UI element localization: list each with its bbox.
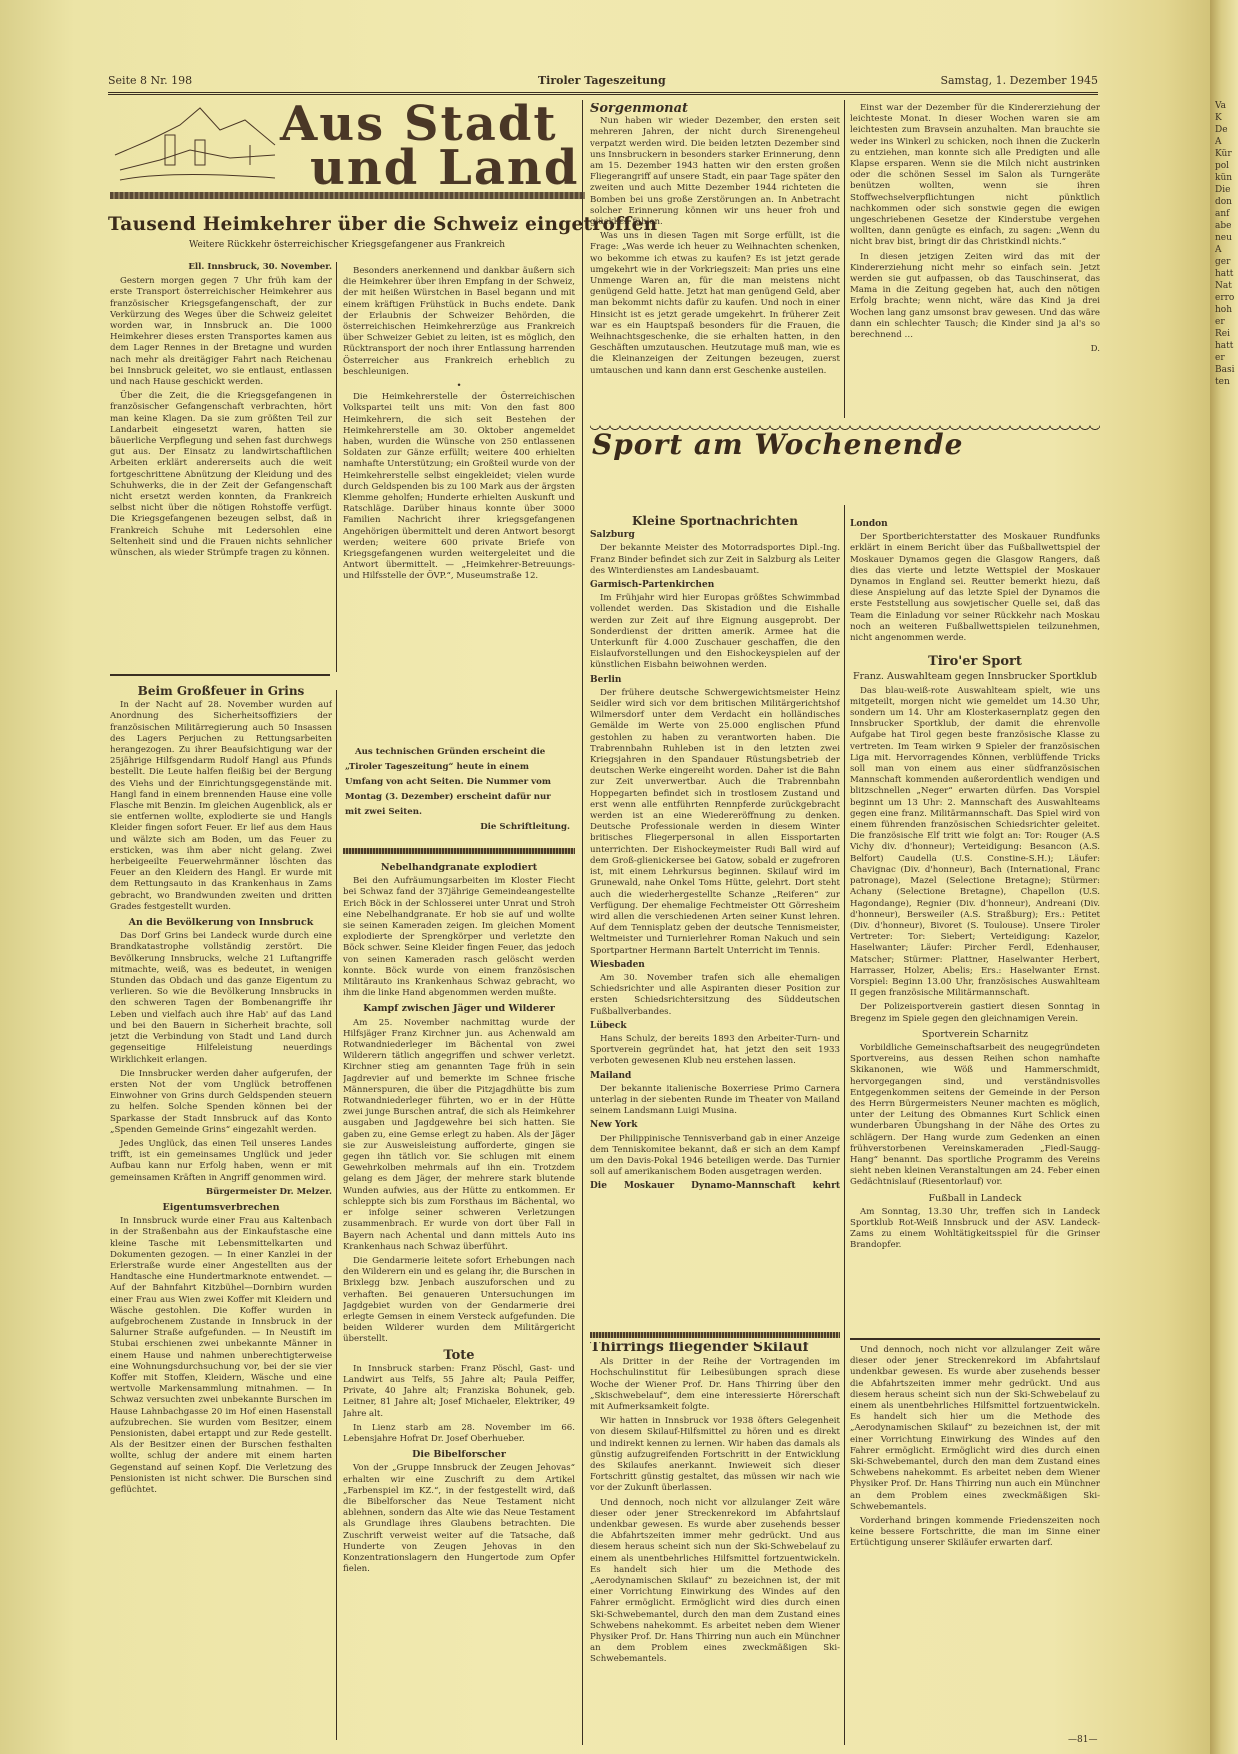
sport-news-col2: London Der Sportberichterstatter des Mos… — [850, 516, 1100, 1336]
property-crime-headline: Eigentumsverbrechen — [110, 1202, 332, 1213]
poacher-paragraph: Die Gendarmerie leitete sofort Erhebunge… — [343, 1256, 575, 1346]
strip-line: Va — [1215, 100, 1238, 112]
thirring-paragraph: Und dennoch, noch nicht vor allzulanger … — [850, 1345, 1100, 1513]
sport-item-text: Im Frühjahr wird hier Europas größtes Sc… — [590, 593, 840, 671]
grenade-headline: Nebelhandgranate explodiert — [343, 862, 575, 873]
article-rule — [110, 674, 330, 676]
sport-item-text: Am 30. November trafen sich alle ehemali… — [590, 973, 840, 1018]
mountain-town-illustration-icon — [110, 100, 280, 190]
strip-line: Kür — [1215, 148, 1238, 160]
sorgenmonat-signature: D. — [850, 344, 1100, 355]
notice-rule — [343, 848, 575, 854]
strip-line: abe — [1215, 220, 1238, 232]
strip-line: ten — [1215, 376, 1238, 388]
sorgenmonat-col2: Einst war der Dezember für die Kindererz… — [850, 103, 1100, 423]
sorgenmonat-paragraph: Nun haben wir wieder Dezember, den erste… — [590, 116, 840, 228]
tirol-item-place: Franz. Auswahlteam gegen Innsbrucker Spo… — [850, 671, 1100, 682]
header-rule — [108, 92, 1098, 95]
bible-paragraph: Von der „Gruppe Innsbruck der Zeugen Jeh… — [343, 1463, 575, 1575]
strip-line: hoh — [1215, 304, 1238, 316]
strip-line: Nat — [1215, 280, 1238, 292]
sport-item-place: Garmisch-Partenkirchen — [590, 580, 840, 591]
sport-item-text: Der Sportberichterstatter des Moskauer R… — [850, 532, 1100, 644]
adjacent-page-strip: VaKDeAKürpolkünDiedonanfabeneuAgerhattNa… — [1215, 100, 1238, 388]
lead-subheadline: Weitere Rückkehr österreichischer Kriegs… — [108, 240, 586, 250]
thirring-rule — [590, 1332, 840, 1338]
sport-item-text: Der bekannte italienische Boxerriese Pri… — [590, 1084, 840, 1118]
page-number: Seite 8 Nr. 198 — [108, 74, 192, 87]
strip-line: neu — [1215, 232, 1238, 244]
notice-signature: Die Schriftleitung. — [345, 820, 570, 835]
technical-notice: Aus technischen Gründen erscheint die „T… — [345, 745, 570, 835]
column-rule — [582, 100, 583, 1745]
column-rule — [336, 262, 337, 672]
sport-item-place: Wiesbaden — [590, 960, 840, 971]
fire-paragraph: In der Nacht auf 28. November wurden auf… — [110, 700, 332, 913]
fire-headline: Beim Großfeuer in Grins — [110, 686, 332, 697]
sport-item-place: Berlin — [590, 675, 840, 686]
sport-news-col1: Kleine Sportnachrichten Salzburg Der bek… — [590, 512, 840, 1192]
lead-paragraph: Besonders anerkennend und dankbar äußern… — [343, 266, 575, 378]
thirring-col1: Thirrings fliegender Skilauf Als Dritter… — [590, 1342, 840, 1742]
sorgenmonat-col1: Sorgenmonat Nun haben wir wieder Dezembe… — [590, 103, 840, 423]
tirol-item-text: Am Sonntag, 13.30 Uhr, treffen sich in L… — [850, 1207, 1100, 1252]
section-masthead: Aus Stadt und Land — [110, 100, 585, 190]
strip-line: Rei — [1215, 328, 1238, 340]
thirring-headline: Thirrings fliegender Skilauf — [590, 1342, 840, 1353]
article-rule — [850, 1338, 1100, 1340]
adjacent-page-text: VaKDeAKürpolkünDiedonanfabeneuAgerhattNa… — [1215, 100, 1238, 388]
strip-line: er — [1215, 316, 1238, 328]
tirol-item-text: Der Polizeisportverein gastiert diesen S… — [850, 1002, 1100, 1024]
notice-text: Aus technischen Gründen erscheint die „T… — [345, 745, 570, 820]
sport-item-place: Die Moskauer Dynamo-Mannschaft kehrt unb… — [590, 1181, 840, 1192]
strip-line: anf — [1215, 208, 1238, 220]
thirring-paragraph: Als Dritter in der Reihe der Vortragende… — [590, 1357, 840, 1413]
appeal-paragraph: Die Innsbrucker werden daher aufgerufen,… — [110, 1069, 332, 1136]
tirol-item-text: Vorbildliche Gemeinschaftsarbeit des neu… — [850, 1043, 1100, 1189]
masthead-bar — [110, 192, 585, 199]
masthead-line-2: und Land — [310, 144, 579, 192]
column-rule — [844, 100, 845, 418]
appeal-paragraph: Jedes Unglück, das einen Teil unseres La… — [110, 1139, 332, 1184]
sport-item-place: Lübeck — [590, 1021, 840, 1032]
sorgenmonat-paragraph: Was uns in diesen Tagen mit Sorge erfüll… — [590, 231, 840, 377]
sorgenmonat-paragraph: In diesen jetzigen Zeiten wird das mit d… — [850, 252, 1100, 342]
strip-line: erro — [1215, 292, 1238, 304]
strip-line: ger — [1215, 256, 1238, 268]
tirol-item-text: Das blau-weiß-rote Auswahlteam spielt, w… — [850, 686, 1100, 1000]
dateline: Ell. Innsbruck, 30. November. — [110, 262, 332, 273]
sport-item-text: Der frühere deutsche Schwergewichtsmeist… — [590, 688, 840, 957]
strip-line: A — [1215, 136, 1238, 148]
column-rule — [844, 505, 845, 1745]
lead-headline: Tausend Heimkehrer über die Schweiz eing… — [108, 214, 586, 235]
strip-line: don — [1215, 196, 1238, 208]
sport-item-text: Der Philippinische Tennisverband gab in … — [590, 1134, 840, 1179]
sport-item-text: Der bekannte Meister des Motorradsportes… — [590, 543, 840, 577]
thirring-paragraph: Vorderhand bringen kommende Friedenszeit… — [850, 1516, 1100, 1550]
thirring-paragraph: Wir hatten in Innsbruck vor 1938 öfters … — [590, 1416, 840, 1494]
strip-line: Basi — [1215, 364, 1238, 376]
sport-section-title: Sport am Wochenende — [592, 428, 963, 461]
sorgenmonat-headline: Sorgenmonat — [590, 103, 840, 114]
property-crime-paragraph: In Innsbruck wurde einer Frau aus Kalten… — [110, 1216, 332, 1496]
strip-line: De — [1215, 124, 1238, 136]
issue-date: Samstag, 1. Dezember 1945 — [940, 74, 1098, 87]
appeal-paragraph: Das Dorf Grins bei Landeck wurde durch e… — [110, 931, 332, 1065]
tirol-sport-title: Tiro'er Sport — [850, 656, 1100, 667]
strip-line: A — [1215, 244, 1238, 256]
page-header: Seite 8 Nr. 198 Tiroler Tageszeitung Sam… — [108, 72, 1098, 94]
bible-headline: Die Bibelforscher — [343, 1449, 575, 1460]
strip-line: er — [1215, 352, 1238, 364]
sorgenmonat-paragraph: Einst war der Dezember für die Kindererz… — [850, 103, 1100, 249]
deaths-headline: Tote — [343, 1350, 575, 1361]
strip-line: kün — [1215, 172, 1238, 184]
tirol-item-place: Sportverein Scharnitz — [850, 1029, 1100, 1040]
strip-line: pol — [1215, 160, 1238, 172]
appeal-headline: An die Bevölkerung von Innsbruck — [110, 917, 332, 928]
thirring-col2: Und dennoch, noch nicht vor allzulanger … — [850, 1345, 1100, 1740]
poacher-headline: Kampf zwischen Jäger und Wilderer — [343, 1003, 575, 1014]
strip-line: hatt — [1215, 340, 1238, 352]
lead-article-col2: Besonders anerkennend und dankbar äußern… — [343, 266, 575, 676]
small-sport-news-title: Kleine Sportnachrichten — [590, 516, 840, 527]
lead-article-col1: Ell. Innsbruck, 30. November. Gestern mo… — [110, 262, 332, 672]
separator-dot: • — [343, 381, 575, 392]
sport-item-place: New York — [590, 1120, 840, 1131]
sport-item-place: Mailand — [590, 1071, 840, 1082]
thirring-paragraph: Und dennoch, noch nicht vor allzulanger … — [590, 1498, 840, 1666]
lead-paragraph: Gestern morgen gegen 7 Uhr früh kam der … — [110, 276, 332, 388]
left-column-articles: Beim Großfeuer in Grins In der Nacht auf… — [110, 682, 332, 1742]
appeal-signature: Bürgermeister Dr. Melzer. — [110, 1187, 332, 1198]
lead-paragraph: Die Heimkehrerstelle der Österreichische… — [343, 392, 575, 582]
strip-line: K — [1215, 112, 1238, 124]
lead-paragraph: Über die Zeit, die die Kriegsgefangenen … — [110, 391, 332, 559]
sport-item-place: Salzburg — [590, 530, 840, 541]
strip-line: Die — [1215, 184, 1238, 196]
page-folio: —81— — [1068, 1735, 1097, 1745]
deaths-paragraph: In Lienz starb am 28. November im 66. Le… — [343, 1423, 575, 1445]
middle-column-articles: Nebelhandgranate explodiert Bei den Aufr… — [343, 858, 575, 1743]
grenade-paragraph: Bei den Aufräumungsarbeiten im Kloster F… — [343, 876, 575, 999]
paper-name: Tiroler Tageszeitung — [538, 74, 666, 87]
sport-item-text: Hans Schulz, der bereits 1893 den Arbeit… — [590, 1034, 840, 1068]
column-rule — [336, 690, 337, 1740]
sport-item-place: London — [850, 519, 1100, 530]
strip-line: hatt — [1215, 268, 1238, 280]
poacher-paragraph: Am 25. November nachmittag wurde der Hil… — [343, 1018, 575, 1253]
deaths-paragraph: In Innsbruck starben: Franz Pöschl, Gast… — [343, 1364, 575, 1420]
tirol-item-place: Fußball in Landeck — [850, 1193, 1100, 1204]
